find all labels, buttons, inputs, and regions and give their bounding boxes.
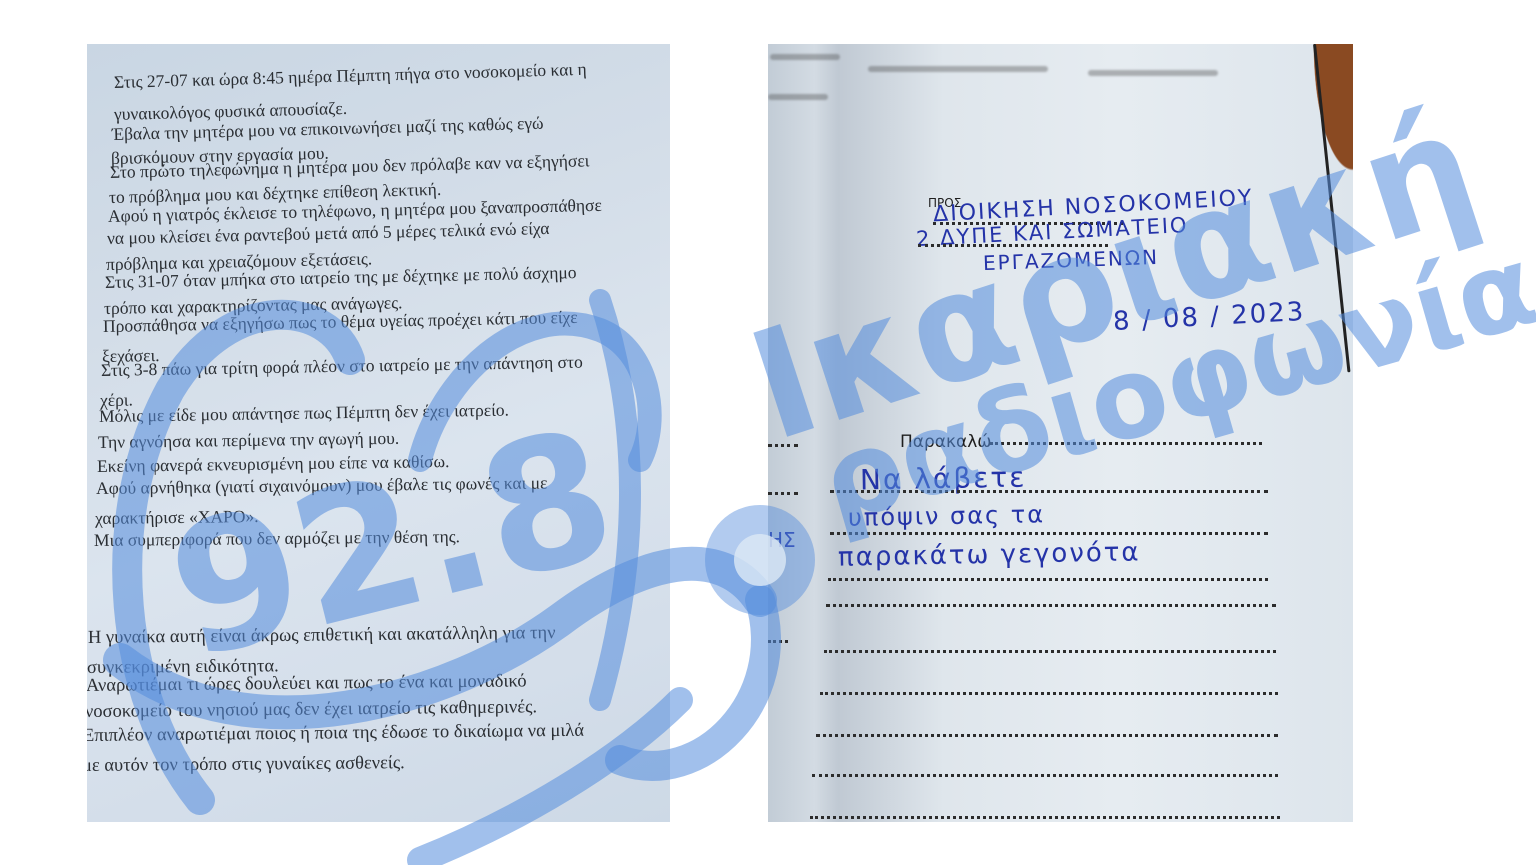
date-field: 8 / 08 / 2023 bbox=[1112, 297, 1306, 337]
dotted-line bbox=[768, 444, 798, 447]
margin-fragment: ΗΣ bbox=[768, 528, 796, 552]
faint-print bbox=[1088, 70, 1218, 76]
faint-print bbox=[770, 54, 840, 60]
dotted-line bbox=[816, 734, 1278, 737]
dotted-line bbox=[768, 640, 788, 643]
complaint-letter-text: Στις 27-07 και ώρα 8:45 ημέρα Πέμπτη πήγ… bbox=[87, 44, 670, 822]
letter-line: Επιπλέον αναρωτιέμαι ποιος ή ποια της έδ… bbox=[87, 720, 670, 747]
dotted-line bbox=[990, 442, 1262, 445]
dotted-line bbox=[830, 490, 1268, 493]
faint-print bbox=[768, 94, 828, 100]
dotted-line bbox=[824, 650, 1276, 653]
recipient-line: ΕΡΓΑΖΟΜΕΝΩΝ bbox=[983, 245, 1160, 275]
dotted-line bbox=[830, 532, 1268, 535]
dotted-line bbox=[918, 244, 1108, 247]
dotted-line bbox=[768, 492, 798, 495]
letter-line: Στις 27-07 και ώρα 8:45 ημέρα Πέμπτη πήγ… bbox=[114, 55, 670, 93]
dotted-line bbox=[828, 578, 1268, 581]
letter-line: με αυτόν τον τρόπο στις γυναίκες ασθενεί… bbox=[87, 751, 670, 777]
dotted-line bbox=[826, 604, 1276, 607]
request-line: υπόψιν σας τα bbox=[848, 500, 1045, 531]
dotted-line bbox=[812, 774, 1278, 777]
dotted-line bbox=[820, 692, 1278, 695]
request-line: παρακάτω γεγονότα bbox=[838, 537, 1141, 572]
dotted-line bbox=[810, 816, 1280, 819]
request-label: Παρακαλώ bbox=[900, 432, 992, 452]
letter-line: Η γυναίκα αυτή είναι άκρως επιθετική και… bbox=[88, 622, 670, 649]
complaint-letter-photo: Στις 27-07 και ώρα 8:45 ημέρα Πέμπτη πήγ… bbox=[87, 44, 670, 822]
letter-line: νοσοκομείο του νησιού μας δεν έχει ιατρε… bbox=[87, 696, 670, 723]
faint-print bbox=[868, 66, 1048, 72]
request-form-photo: ΠΡΟΣ ΔΙΟΙΚΗΣΗ ΝΟΣΟΚΟΜΕΙΟΥ 2 ΔΥΠΕ ΚΑΙ ΣΩΜ… bbox=[768, 44, 1353, 822]
